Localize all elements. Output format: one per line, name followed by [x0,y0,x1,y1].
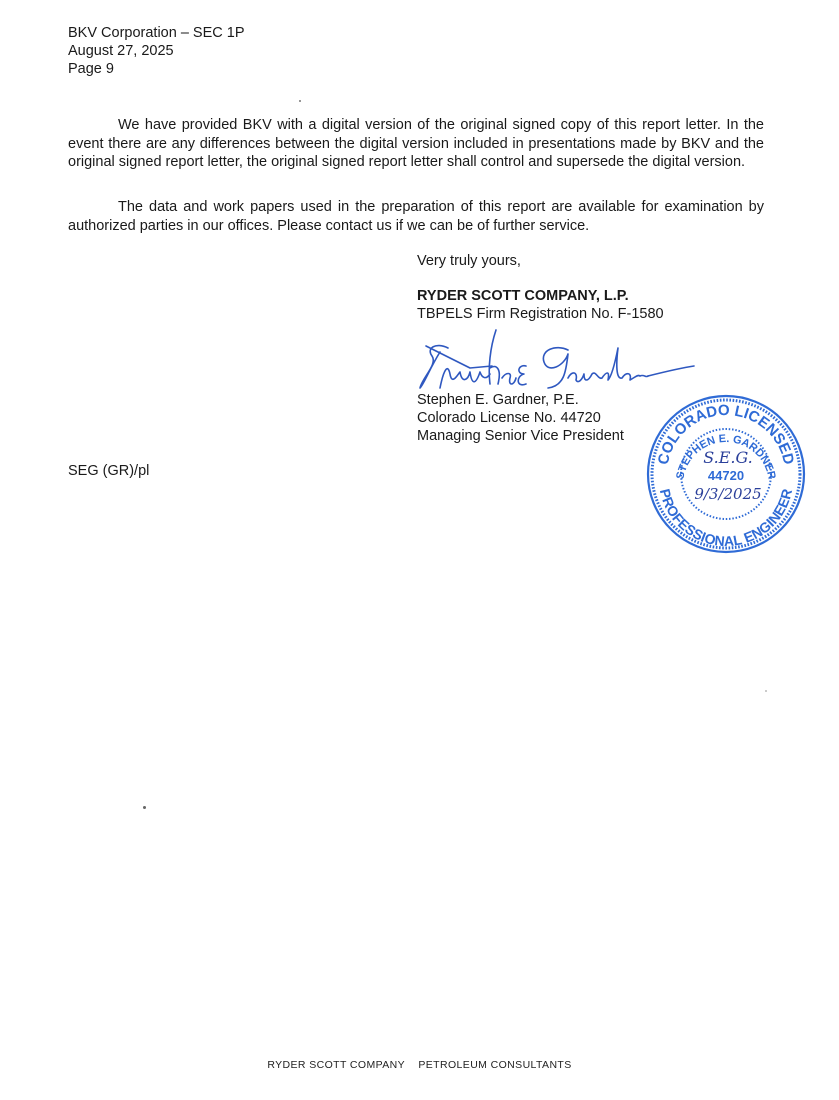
scan-speck [299,100,301,102]
header-page-number: Page 9 [68,60,245,78]
company-name: RYDER SCOTT COMPANY, L.P. [417,287,629,305]
valediction: Very truly yours, [417,252,521,270]
reference-initials: SEG (GR)/pl [68,463,149,479]
footer-company: RYDER SCOTT COMPANY [267,1059,405,1071]
firm-registration: TBPELS Firm Registration No. F-1580 [417,305,664,323]
header-date: August 27, 2025 [68,42,245,60]
footer-tagline: PETROLEUM CONSULTANTS [418,1059,571,1071]
signer-title: Managing Senior Vice President [417,427,624,445]
scan-speck [765,690,767,692]
header-recipient: BKV Corporation – SEC 1P [68,24,245,42]
letter-header: BKV Corporation – SEC 1P August 27, 2025… [68,24,245,78]
paragraph-work-papers: The data and work papers used in the pre… [68,198,764,235]
signer-name: Stephen E. Gardner, P.E. [417,391,624,409]
seal-handwritten-date: 9/3/2025 [694,485,761,503]
seal-license-number: 44720 [708,468,744,483]
signer-license: Colorado License No. 44720 [417,409,624,427]
signature-icon [418,328,698,396]
professional-engineer-seal-icon: COLORADO LICENSED PROFESSIONAL ENGINEER … [645,393,807,555]
signer-block: Stephen E. Gardner, P.E. Colorado Licens… [417,391,624,445]
page-footer: RYDER SCOTT COMPANY PETROLEUM CONSULTANT… [0,1059,839,1071]
scan-speck [143,806,146,809]
paragraph-digital-version: We have provided BKV with a digital vers… [68,116,764,172]
seal-handwritten-initials: S.E.G. [703,448,753,467]
